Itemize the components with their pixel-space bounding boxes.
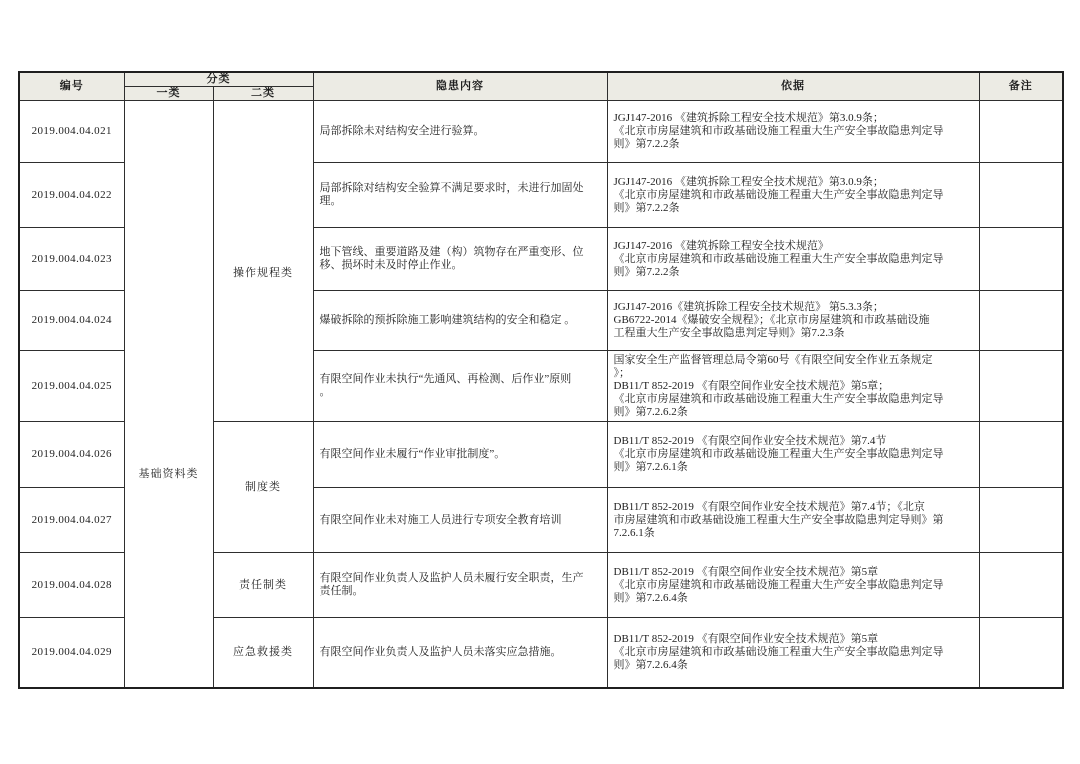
header-content: 隐患内容 — [313, 72, 607, 101]
basis: JGJ147-2016 《建筑拆除工程安全技术规范》第3.0.9条； 《北京市房… — [607, 163, 979, 228]
basis: DB11/T 852-2019 《有限空间作业安全技术规范》第5章 《北京市房屋… — [607, 553, 979, 618]
basis: JGJ147-2016《建筑拆除工程安全技术规范》 第5.3.3条； GB672… — [607, 291, 979, 351]
header-remark: 备注 — [979, 72, 1063, 101]
basis: 国家安全生产监督管理总局令第60号《有限空间安全作业五条规定 》； DB11/T… — [607, 351, 979, 422]
basis: DB11/T 852-2019 《有限空间作业安全技术规范》第5章 《北京市房屋… — [607, 618, 979, 688]
hazard-content: 有限空间作业负责人及监护人员未履行安全职责，生产 责任制。 — [313, 553, 607, 618]
header-category: 分类 — [124, 72, 313, 87]
row-id: 2019.004.04.022 — [19, 163, 124, 228]
hazard-content: 有限空间作业负责人及监护人员未落实应急措施。 — [313, 618, 607, 688]
table-header: 编号 分类 隐患内容 依据 备注 一类 二类 — [19, 72, 1063, 101]
row-id: 2019.004.04.024 — [19, 291, 124, 351]
hazard-content: 有限空间作业未执行“先通风、再检测、后作业”原则 。 — [313, 351, 607, 422]
document-page: 编号 分类 隐患内容 依据 备注 一类 二类 2019.004.04.021 基… — [0, 0, 1080, 764]
hazard-content: 有限空间作业未履行“作业审批制度”。 — [313, 422, 607, 488]
remark — [979, 163, 1063, 228]
remark — [979, 291, 1063, 351]
header-category2: 二类 — [213, 87, 313, 101]
remark — [979, 618, 1063, 688]
remark — [979, 553, 1063, 618]
category2-cell-operating-rules: 操作规程类 — [213, 101, 313, 422]
hazard-content: 局部拆除对结构安全验算不满足要求时，未进行加固处 理。 — [313, 163, 607, 228]
row-id: 2019.004.04.021 — [19, 101, 124, 163]
row-id: 2019.004.04.027 — [19, 488, 124, 553]
basis: DB11/T 852-2019 《有限空间作业安全技术规范》第7.4节 《北京市… — [607, 422, 979, 488]
hazard-content: 爆破拆除的预拆除施工影响建筑结构的安全和稳定 。 — [313, 291, 607, 351]
remark — [979, 488, 1063, 553]
row-id: 2019.004.04.023 — [19, 228, 124, 291]
hazard-content: 局部拆除未对结构安全进行验算。 — [313, 101, 607, 163]
remark — [979, 422, 1063, 488]
remark — [979, 228, 1063, 291]
row-id: 2019.004.04.028 — [19, 553, 124, 618]
basis: JGJ147-2016 《建筑拆除工程安全技术规范》第3.0.9条； 《北京市房… — [607, 101, 979, 163]
header-category1: 一类 — [124, 87, 213, 101]
remark — [979, 351, 1063, 422]
category2-cell-system: 制度类 — [213, 422, 313, 553]
table-row: 2019.004.04.021 基础资料类 操作规程类 局部拆除未对结构安全进行… — [19, 101, 1063, 163]
header-id: 编号 — [19, 72, 124, 101]
row-id: 2019.004.04.029 — [19, 618, 124, 688]
row-id: 2019.004.04.026 — [19, 422, 124, 488]
hazard-table: 编号 分类 隐患内容 依据 备注 一类 二类 2019.004.04.021 基… — [18, 71, 1064, 689]
hazard-content: 地下管线、重要道路及建（构）筑物存在严重变形、位 移、损坏时未及时停止作业。 — [313, 228, 607, 291]
header-basis: 依据 — [607, 72, 979, 101]
basis: DB11/T 852-2019 《有限空间作业安全技术规范》第7.4节；《北京 … — [607, 488, 979, 553]
remark — [979, 101, 1063, 163]
row-id: 2019.004.04.025 — [19, 351, 124, 422]
category2-cell-responsibility: 责任制类 — [213, 553, 313, 618]
basis: JGJ147-2016 《建筑拆除工程安全技术规范》 《北京市房屋建筑和市政基础… — [607, 228, 979, 291]
category2-cell-emergency-rescue: 应急救援类 — [213, 618, 313, 688]
category1-cell: 基础资料类 — [124, 101, 213, 688]
hazard-content: 有限空间作业未对施工人员进行专项安全教育培训 — [313, 488, 607, 553]
